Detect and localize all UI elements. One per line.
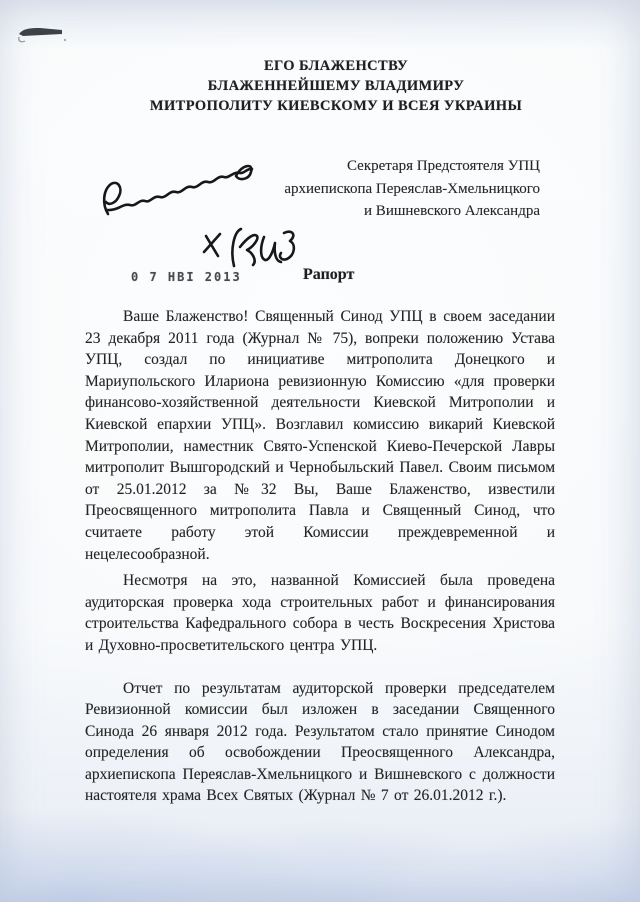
paragraph-2: Несмотря на это, названной Комиссией был… xyxy=(85,570,555,656)
recipient-line-3: МИТРОПОЛИТУ КИЕВСКОМУ И ВСЕЯ УКРАИНЫ xyxy=(16,96,640,116)
recipient-line-1: ЕГО БЛАЖЕНСТВУ xyxy=(16,56,640,76)
recipient-line-2: БЛАЖЕННЕЙШЕМУ ВЛАДИМИРУ xyxy=(16,76,640,96)
scanned-letter-page: ЕГО БЛАЖЕНСТВУ БЛАЖЕННЕЙШЕМУ ВЛАДИМИРУ М… xyxy=(0,0,640,902)
handwritten-signature-initials xyxy=(196,220,296,272)
paragraph-3: Отчет по результатам аудиторской проверк… xyxy=(85,678,555,808)
handwritten-blessing xyxy=(96,162,266,222)
date-stamp: 0 7 НВІ 2013 xyxy=(131,270,242,285)
paragraph-1: Ваше Блаженство! Священный Синод УПЦ в с… xyxy=(85,306,555,565)
recipient-header: ЕГО БЛАЖЕНСТВУ БЛАЖЕННЕЙШЕМУ ВЛАДИМИРУ М… xyxy=(16,56,640,116)
report-title: Рапорт xyxy=(303,266,354,284)
scan-artifact-mark xyxy=(16,23,68,49)
letter-body: Ваше Блаженство! Священный Синод УПЦ в с… xyxy=(85,306,555,807)
